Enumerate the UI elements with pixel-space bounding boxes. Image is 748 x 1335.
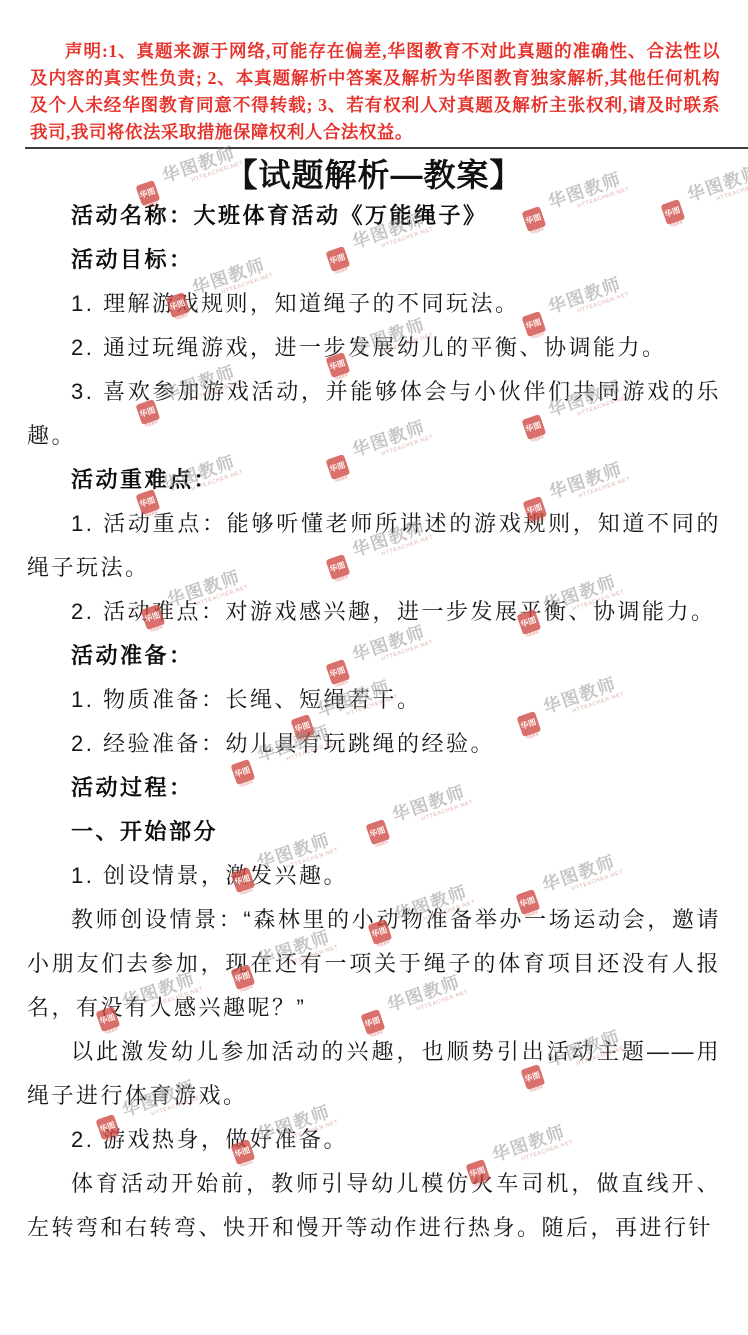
document-page: 华图华图教师华图教师HTTEACHER.NET华图华图教师华图教师HTTEACH… <box>0 0 748 1335</box>
paragraph: 2. 游戏热身，做好准备。 <box>27 1118 721 1162</box>
section-heading: 活动过程： <box>27 766 721 810</box>
document-body: 活动名称：大班体育活动《万能绳子》活动目标：1. 理解游戏规则，知道绳子的不同玩… <box>27 194 721 1250</box>
paragraph: 1. 理解游戏规则，知道绳子的不同玩法。 <box>27 282 721 326</box>
paragraph: 1. 活动重点：能够听懂老师所讲述的游戏规则，知道不同的绳子玩法。 <box>27 502 721 590</box>
section-heading: 活动准备： <box>27 634 721 678</box>
paragraph: 2. 通过玩绳游戏，进一步发展幼儿的平衡、协调能力。 <box>27 326 721 370</box>
section-heading: 活动名称：大班体育活动《万能绳子》 <box>27 194 721 238</box>
disclaimer-text: 1、真题来源于网络,可能存在偏差,华图教育不对此真题的准确性、合法性以及内容的真… <box>30 41 720 142</box>
disclaimer-label: 声明: <box>65 41 108 61</box>
section-heading: 一、开始部分 <box>27 810 721 854</box>
paragraph: 1. 创设情景，激发兴趣。 <box>27 854 721 898</box>
paragraph: 体育活动开始前，教师引导幼儿模仿火车司机，做直线开、左转弯和右转弯、快开和慢开等… <box>27 1162 721 1250</box>
paragraph: 教师创设情景：“森林里的小动物准备举办一场运动会，邀请小朋友们去参加，现在还有一… <box>27 898 721 1030</box>
paragraph: 2. 活动难点：对游戏感兴趣，进一步发展平衡、协调能力。 <box>27 590 721 634</box>
disclaimer: 声明:1、真题来源于网络,可能存在偏差,华图教育不对此真题的准确性、合法性以及内… <box>30 38 720 146</box>
paragraph: 3. 喜欢参加游戏活动，并能够体会与小伙伴们共同游戏的乐趣。 <box>27 370 721 458</box>
section-heading: 活动目标： <box>27 238 721 282</box>
divider-line <box>25 147 748 149</box>
paragraph: 以此激发幼儿参加活动的兴趣，也顺势引出活动主题——用绳子进行体育游戏。 <box>27 1030 721 1118</box>
paragraph: 1. 物质准备：长绳、短绳若干。 <box>27 678 721 722</box>
paragraph: 2. 经验准备：幼儿具有玩跳绳的经验。 <box>27 722 721 766</box>
section-heading: 活动重难点： <box>27 458 721 502</box>
page-title: 【试题解析—教案】 <box>0 152 748 198</box>
